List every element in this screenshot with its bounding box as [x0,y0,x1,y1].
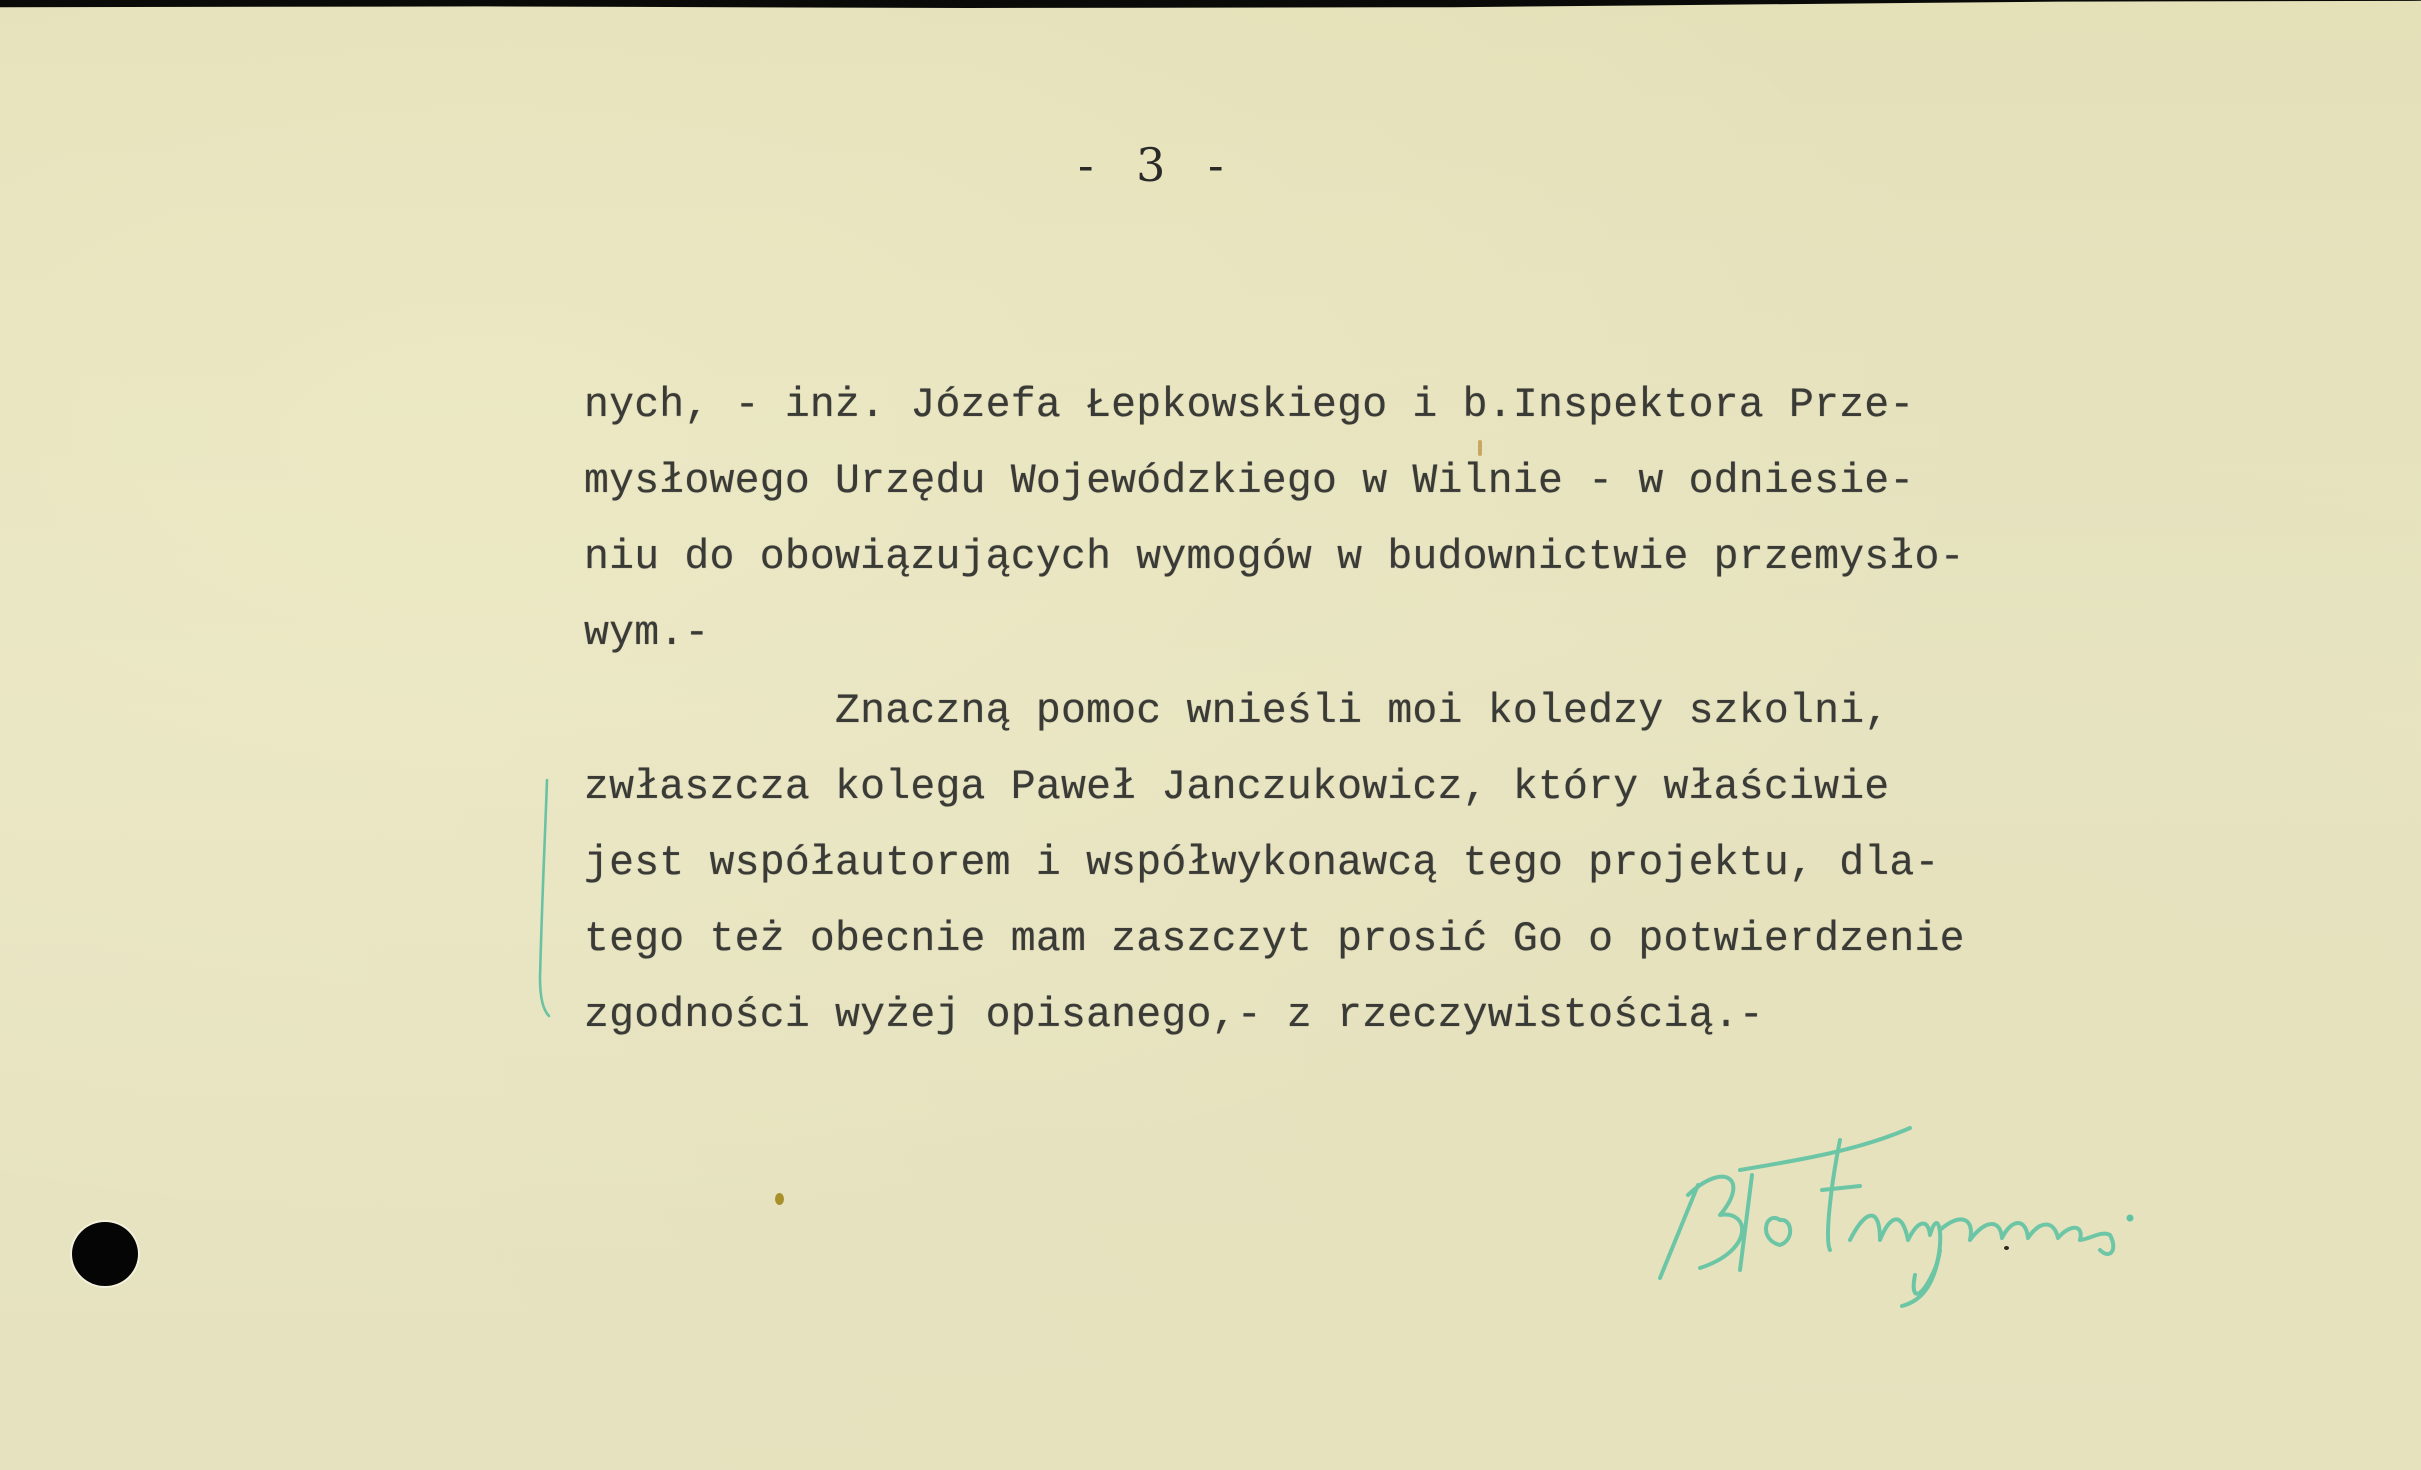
text-line: mysłowego Urzędu Wojewódzkiego w Wilnie … [584,458,1915,505]
handwritten-signature [1640,1100,2280,1310]
text-line: niu do obowiązujących wymogów w budownic… [584,534,1965,581]
text-line: zgodności wyżej opisanego,- z rzeczywist… [584,992,1764,1039]
punch-hole [72,1222,138,1286]
signature-period [2127,1215,2134,1222]
text-line: nych, - inż. Józefa Łepkowskiego i b.Ins… [584,382,1915,429]
paper-speck [2004,1246,2009,1250]
text-line: zwłaszcza kolega Paweł Janczukowicz, któ… [584,764,1889,811]
paper-fiber [1478,440,1482,456]
text-line: tego też obecnie mam zaszczyt prosić Go … [584,916,1965,963]
scan-top-edge [0,0,2421,8]
page-number: - 3 - [1078,138,1238,192]
text-line: Znaczną pomoc wnieśli moi koledzy szkoln… [584,688,1889,735]
paper-speck [775,1193,784,1205]
text-line: jest współautorem i współwykonawcą tego … [584,840,1940,887]
margin-mark [537,778,551,1018]
text-line: wym.- [584,610,710,657]
